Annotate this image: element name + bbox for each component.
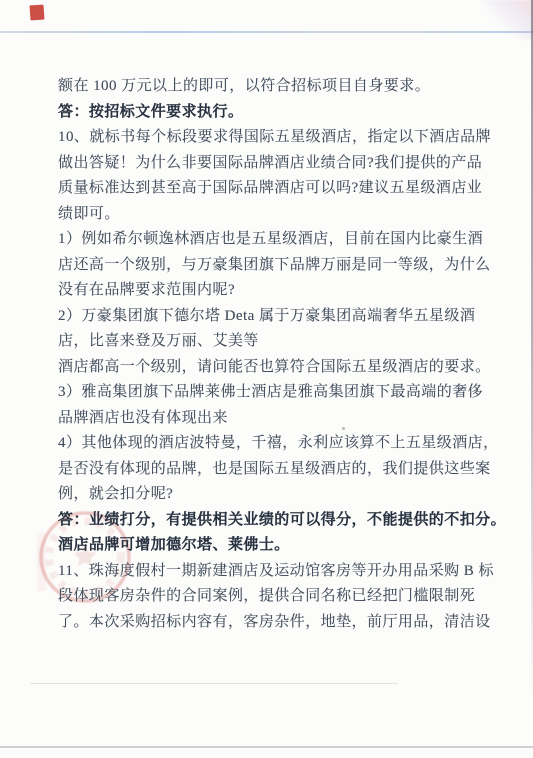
answer-line: 答：业绩打分，有提供相关业绩的可以得分，不能提供的不扣分。 (58, 508, 486, 534)
scan-artifact-blue-line (0, 31, 533, 33)
text-line: 品牌酒店也没有体现出来 (58, 406, 486, 432)
text-line: 例，就会扣分呢? (58, 482, 486, 508)
text-line: 额在 100 万元以上的即可，以符合招标项目自身要求。 (58, 74, 486, 100)
text-line: 10、就标书每个标段要求得国际五星级酒店，指定以下酒店品牌 (58, 125, 486, 151)
text-line: 段体现客房杂件的合同案例，提供合同名称已经把门槛限制死 (58, 584, 486, 610)
text-line: 酒店都高一个级别，请问能否也算符合国际五星级酒店的要求。 (58, 355, 486, 381)
text-line: 3）雅高集团旗下品牌莱佛士酒店是雅高集团旗下最高端的奢侈 (58, 380, 486, 406)
bottom-scan-line (0, 746, 533, 748)
text-line: 没有在品牌要求范围内呢? (58, 278, 486, 304)
answer-line: 答：按招标文件要求执行。 (58, 100, 486, 126)
text-line: 了。本次采购招标内容有，客房杂件，地垫，前厅用品，清洁设 (58, 610, 486, 636)
document-body: 额在 100 万元以上的即可，以符合招标项目自身要求。 答：按招标文件要求执行。… (58, 74, 486, 635)
red-stamp-fragment-icon (29, 5, 44, 21)
text-line: 4）其他体现的酒店波特曼，千禧，永利应该算不上五星级酒店， (58, 431, 486, 457)
corner-fold-smudge (481, 0, 533, 40)
answer-line: 酒店品牌可增加德尔塔、莱佛士。 (58, 533, 486, 559)
text-line: 2）万豪集团旗下德尔塔 Deta 属于万豪集团高端奢华五星级酒 (58, 304, 486, 330)
text-line: 做出答疑！为什么非要国际品牌酒店业绩合同?我们提供的产品 (58, 151, 486, 177)
text-line: 店，比喜来登及万丽、艾美等 (58, 329, 486, 355)
faint-crease-line (30, 683, 398, 684)
text-line: 店还高一个级别，与万豪集团旗下品牌万丽是同一等级，为什么 (58, 253, 486, 279)
text-line: 11、珠海度假村一期新建酒店及运动馆客房等开办用品采购 B 标 (58, 559, 486, 585)
text-line: 绩即可。 (58, 202, 486, 228)
text-line: 是否没有体现的品牌，也是国际五星级酒店的，我们提供这些案 (58, 457, 486, 483)
text-line: 1）例如希尔顿逸林酒店也是五星级酒店，目前在国内比豪生酒 (58, 227, 486, 253)
text-line: 质量标准达到甚至高于国际品牌酒店可以吗?建议五星级酒店业 (58, 176, 486, 202)
scanned-document-page: 额在 100 万元以上的即可，以符合招标项目自身要求。 答：按招标文件要求执行。… (0, 0, 533, 758)
